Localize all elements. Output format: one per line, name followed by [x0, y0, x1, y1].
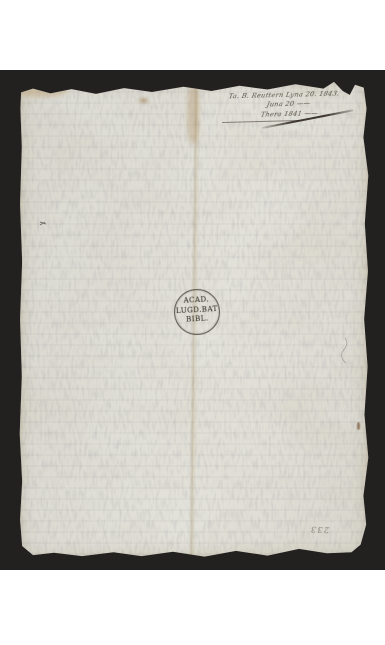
letterbox-bottom — [0, 570, 385, 645]
scan-background-mat: Ta. B. Reuttern Lyna 20. 1843. Juna 20 —… — [0, 70, 385, 570]
accession-annotation: Ta. B. Reuttern Lyna 20. 1843. Juna 20 —… — [219, 90, 369, 150]
letterbox-top — [0, 0, 385, 70]
shelfmark-number: 233 — [310, 524, 330, 535]
manuscript-page: Ta. B. Reuttern Lyna 20. 1843. Juna 20 —… — [19, 80, 369, 558]
annotation-line-1: Ta. B. Reuttern Lyna 20. 1843. — [228, 90, 340, 101]
annotation-line-2: Juna 20 —— — [266, 99, 311, 108]
scan-viewport: Ta. B. Reuttern Lyna 20. 1843. Juna 20 —… — [0, 0, 385, 645]
